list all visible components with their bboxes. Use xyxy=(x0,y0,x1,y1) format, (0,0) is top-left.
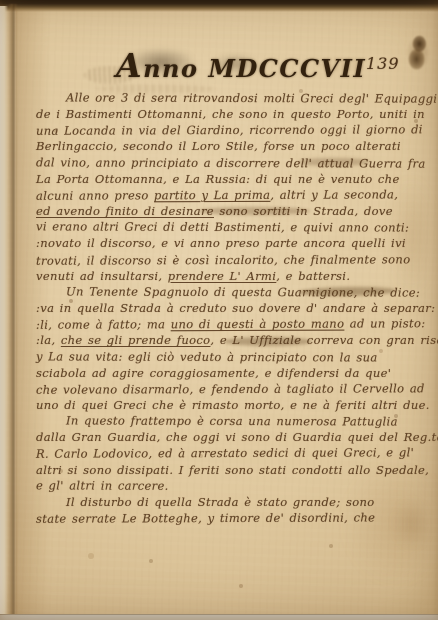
manuscript-scan: Anno MDCCCVII 139 Alle ore 3 di sera rit… xyxy=(0,0,438,620)
aged-edge-vignette xyxy=(0,0,438,620)
